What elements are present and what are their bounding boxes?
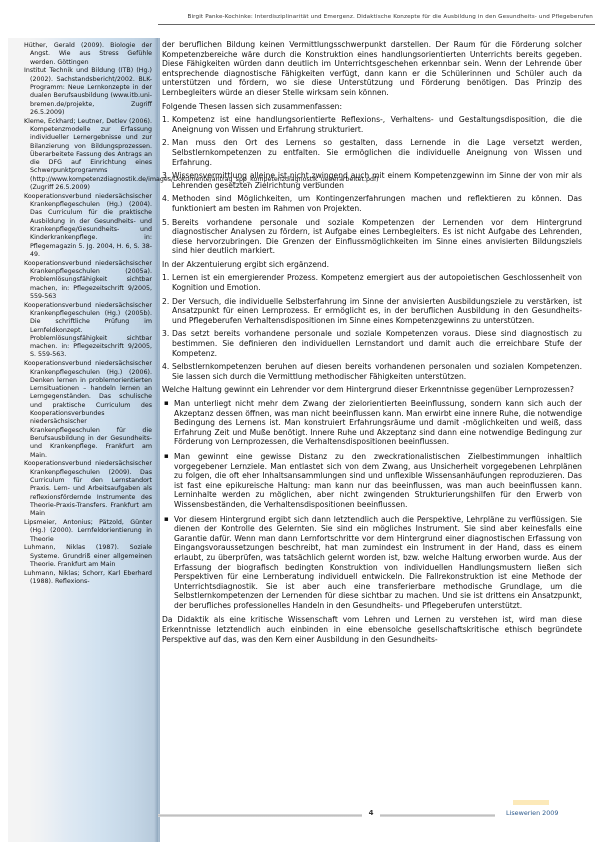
- item-text: Vor diesem Hintergrund ergibt sich dann …: [174, 515, 582, 610]
- item-number: 4.: [162, 362, 169, 372]
- item-number: 4.: [162, 194, 169, 204]
- bullet-square-icon: ▪: [164, 452, 169, 462]
- footer-rule-right: [380, 814, 495, 817]
- item-text: Lernen ist ein emergierender Prozess. Ko…: [172, 273, 582, 292]
- item-text: Wissensvermittlung alleine ist nicht zwi…: [172, 171, 582, 190]
- thesis-item: 5.Bereits vorhandene personale und sozia…: [162, 218, 582, 256]
- item-number: 2.: [162, 138, 169, 148]
- footer-brand: Lisewerien 2009: [506, 809, 558, 817]
- reference-item: Kooperationsverbund niedersächsischer Kr…: [24, 260, 152, 301]
- reference-item: Kooperationsverbund niedersächsischer Kr…: [24, 460, 152, 518]
- bullet-item: ▪Vor diesem Hintergrund ergibt sich dann…: [164, 515, 582, 611]
- item-text: Man gewinnt eine gewisse Distanz zu den …: [174, 452, 582, 509]
- reference-item: Kooperationsverbund niedersächsischer Kr…: [24, 302, 152, 360]
- thesis-item: 1.Kompetenz ist eine handlungsorientiert…: [162, 115, 582, 134]
- bullet-list: ▪Man unterliegt nicht mehr dem Zwang der…: [162, 399, 582, 610]
- theses-list: 1.Kompetenz ist eine handlungsorientiert…: [162, 115, 582, 256]
- item-number: 1.: [162, 115, 169, 125]
- bullet-item: ▪Man unterliegt nicht mehr dem Zwang der…: [164, 399, 582, 447]
- theses-intro: Folgende Thesen lassen sich zusammenfass…: [162, 102, 582, 112]
- question-paragraph: Welche Haltung gewinnt ein Lehrender vor…: [162, 385, 582, 395]
- bullet-square-icon: ▪: [164, 399, 169, 409]
- accent-item: 4.Selbstlernkompetenzen beruhen auf dies…: [162, 362, 582, 381]
- item-number: 3.: [162, 329, 169, 339]
- thesis-item: 3.Wissensvermittlung alleine ist nicht z…: [162, 171, 582, 190]
- reference-item: Kooperationsverbund niedersächsischer Kr…: [24, 193, 152, 259]
- item-text: Kompetenz ist eine handlungsorientierte …: [172, 115, 582, 134]
- accent-intro: In der Akzentuierung ergibt sich ergänze…: [162, 260, 582, 270]
- main-text-column: der beruflichen Bildung keinen Vermittlu…: [162, 40, 582, 648]
- reference-item: Institut Technik und Bildung (ITB) (Hg.)…: [24, 67, 152, 117]
- reference-item: Luhmann, Niklas; Schorr, Karl Eberhard (…: [24, 570, 152, 587]
- item-number: 5.: [162, 218, 169, 228]
- reference-item: Luhmann, Niklas (1987). Soziale Systeme.…: [24, 544, 152, 569]
- bullet-item: ▪Man gewinnt eine gewisse Distanz zu den…: [164, 452, 582, 510]
- running-header: Birgit Panke-Kochinke: Interdisziplinari…: [158, 13, 595, 25]
- accent-item: 2.Der Versuch, die individuelle Selbster…: [162, 297, 582, 326]
- reference-item: Lipsmeier, Antonius; Pätzold, Günter (Hg…: [24, 519, 152, 544]
- item-number: 2.: [162, 297, 169, 307]
- reference-item: Kooperationsverbund niedersächsischer Kr…: [24, 360, 152, 460]
- accent-list: 1.Lernen ist ein emergierender Prozess. …: [162, 273, 582, 381]
- footer-brand-accent: [513, 800, 549, 805]
- reference-item: Hüther, Gerald (2009). Biologie der Angs…: [24, 42, 152, 67]
- reference-list: Hüther, Gerald (2009). Biologie der Angs…: [24, 42, 152, 587]
- item-text: Man muss den Ort des Lernens so gestalte…: [172, 138, 582, 166]
- thesis-item: 2.Man muss den Ort des Lernens so gestal…: [162, 138, 582, 167]
- item-text: Das setzt bereits vorhandene personale u…: [172, 329, 582, 357]
- closing-paragraph: Da Didaktik als eine kritische Wissensch…: [162, 615, 582, 644]
- item-number: 1.: [162, 273, 169, 283]
- intro-paragraph: der beruflichen Bildung keinen Vermittlu…: [162, 40, 582, 98]
- item-text: Methoden sind Möglichkeiten, um Kontinge…: [172, 194, 582, 213]
- item-text: Bereits vorhandene personale und soziale…: [172, 218, 582, 256]
- sidebar-edge: [154, 38, 158, 842]
- reference-item: Kleme, Eckhard; Leutner, Detlev (2006). …: [24, 118, 152, 193]
- item-text: Der Versuch, die individuelle Selbsterfa…: [172, 297, 582, 325]
- footer-rule-left: [158, 814, 362, 817]
- item-number: 3.: [162, 171, 169, 181]
- item-text: Selbstlernkompetenzen beruhen auf diesen…: [172, 362, 582, 381]
- page-number: 4: [364, 809, 378, 817]
- item-text: Man unterliegt nicht mehr dem Zwang der …: [174, 399, 582, 446]
- accent-item: 3.Das setzt bereits vorhandene personale…: [162, 329, 582, 358]
- bullet-square-icon: ▪: [164, 515, 169, 525]
- accent-item: 1.Lernen ist ein emergierender Prozess. …: [162, 273, 582, 292]
- thesis-item: 4.Methoden sind Möglichkeiten, um Kontin…: [162, 194, 582, 213]
